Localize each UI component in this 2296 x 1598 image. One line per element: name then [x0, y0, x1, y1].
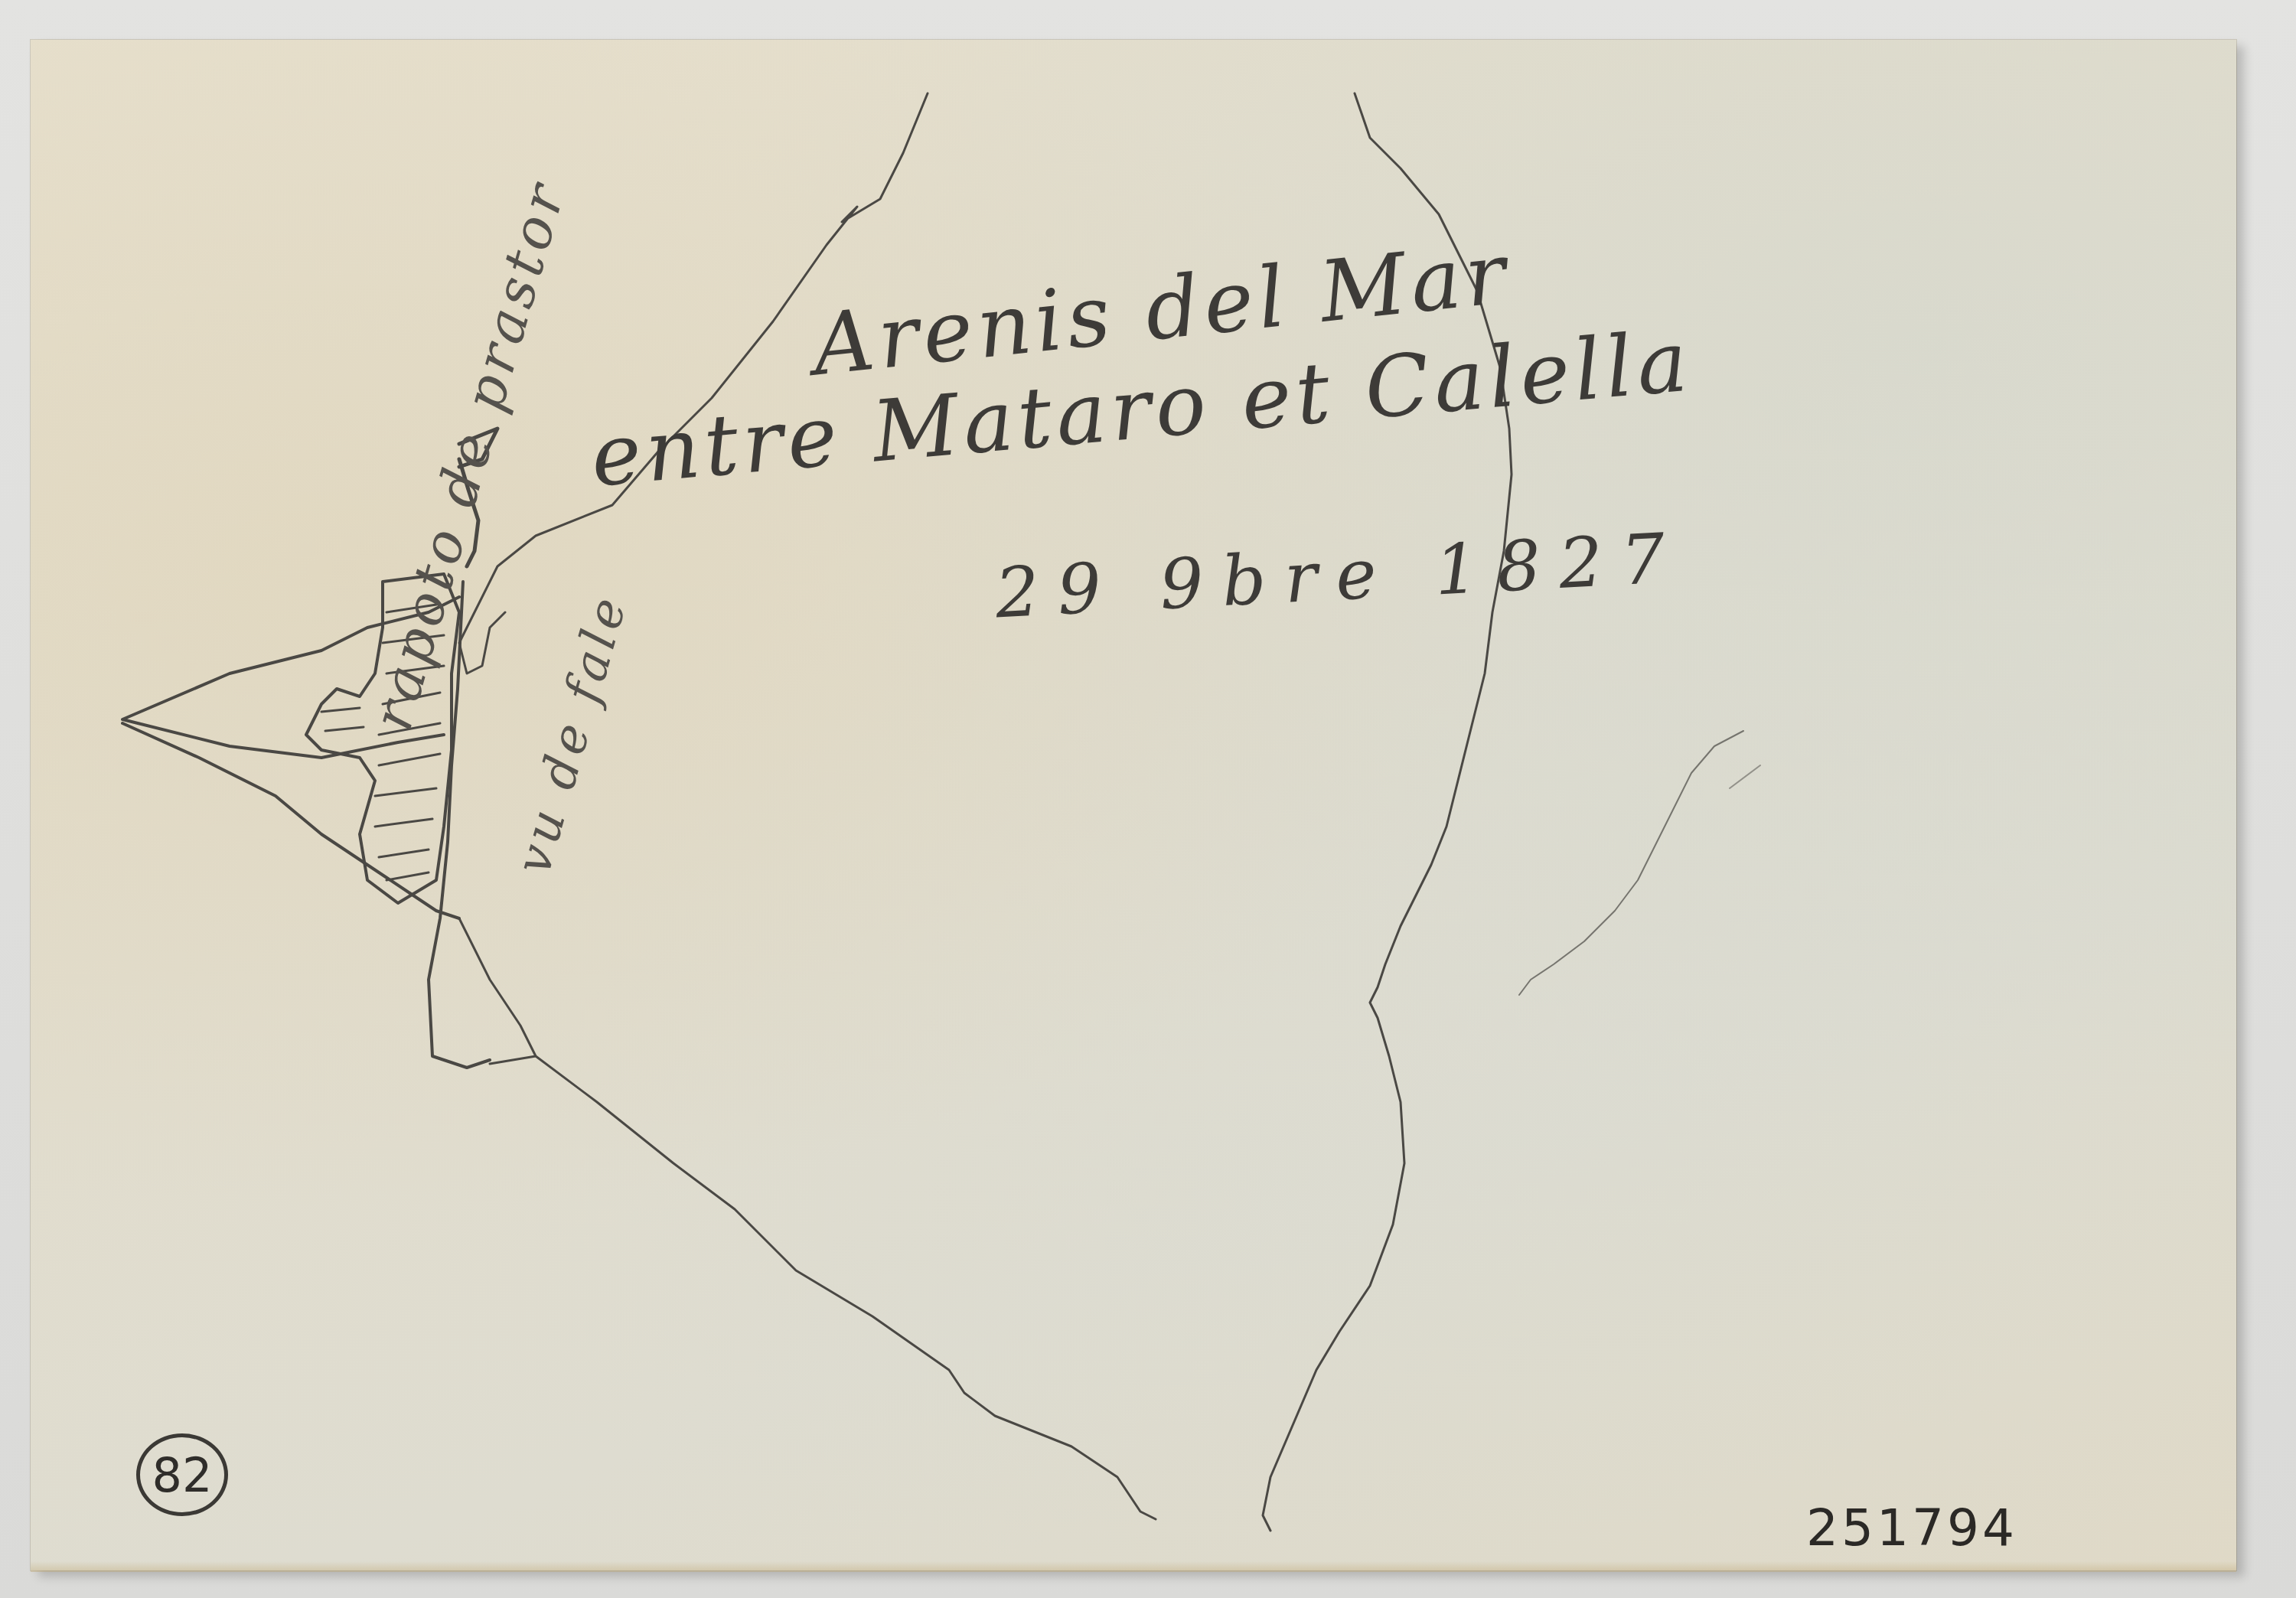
- faint-stroke-right: [1730, 765, 1760, 788]
- coastline-left-lower: [459, 918, 1156, 1519]
- pencil-drawing: [0, 0, 2296, 1598]
- catalog-number: 82: [152, 1447, 213, 1503]
- faint-contour-right: [1519, 731, 1743, 995]
- inventory-number: 251794: [1806, 1499, 2017, 1557]
- catalog-number-circle: 82: [136, 1433, 228, 1516]
